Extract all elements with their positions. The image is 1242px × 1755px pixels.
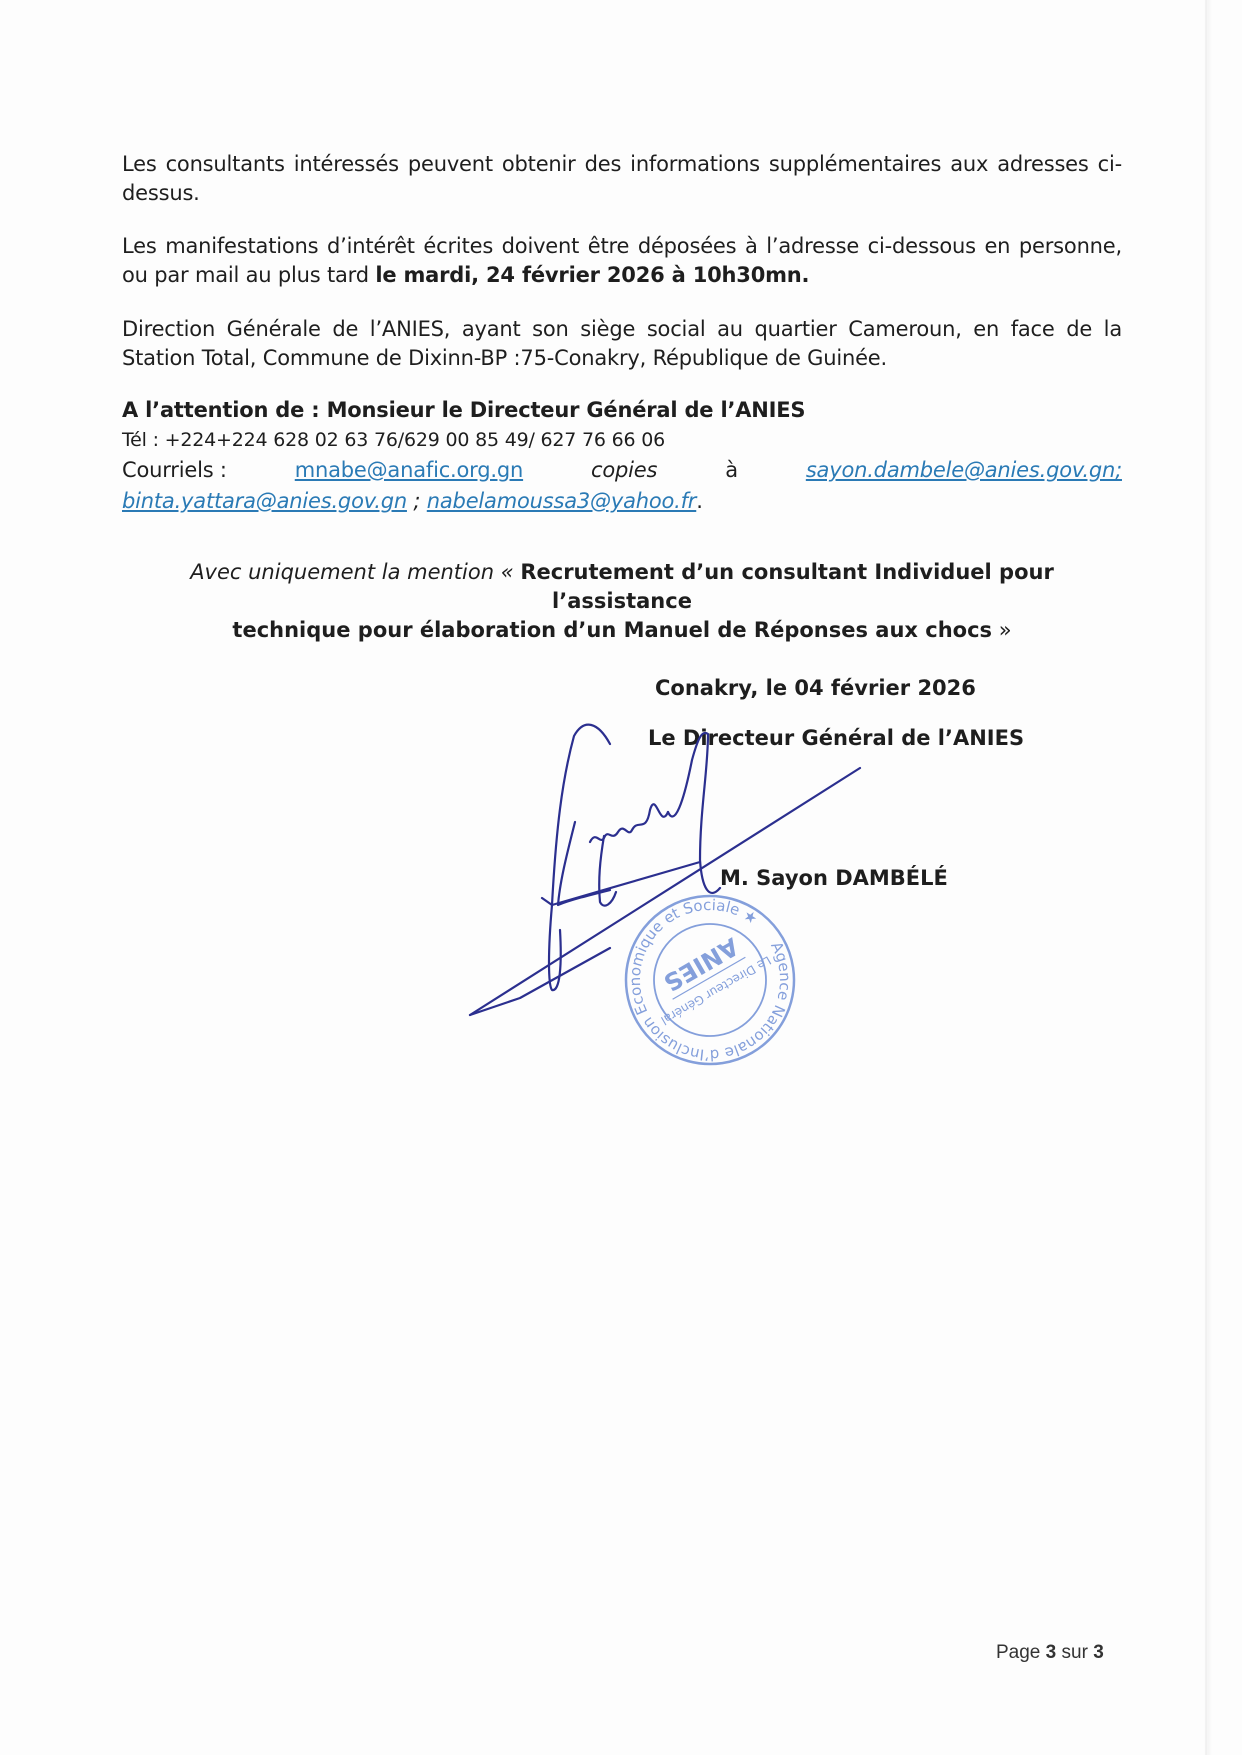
page-footer: Page 3 sur 3 <box>996 1642 1104 1664</box>
handwritten-signature <box>0 0 1242 1755</box>
page-current: 3 <box>1046 1642 1057 1663</box>
page-total: 3 <box>1093 1642 1104 1663</box>
page-of-label: sur <box>1056 1642 1093 1663</box>
page-label: Page <box>996 1642 1046 1663</box>
